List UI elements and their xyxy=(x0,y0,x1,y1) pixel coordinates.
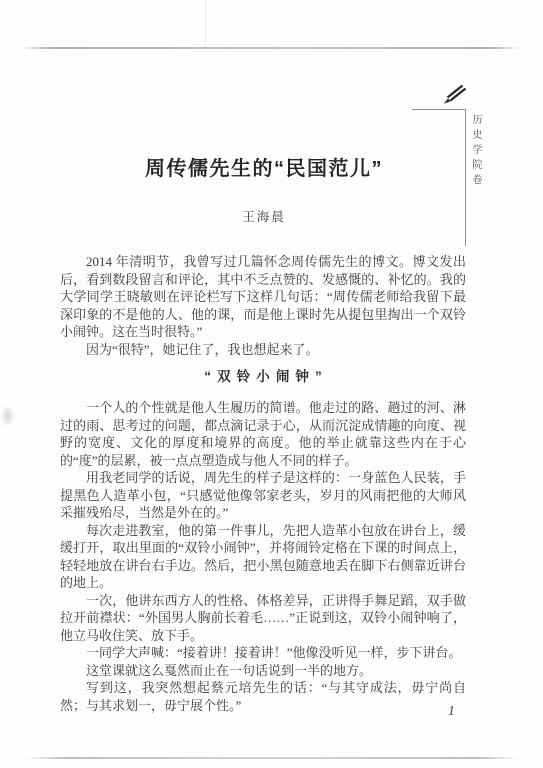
paragraph-section-4: 一次，他讲东西方人的性格、体格差异，正讲得手舞足蹈，双手做拉开前襟状：“外国男人… xyxy=(60,592,466,645)
article-author: 王海晨 xyxy=(0,207,528,225)
paragraph-section-2: 用我老同学的话说，周先生的样子是这样的：一身蓝色人民装，手提黑色人造革小包，“只… xyxy=(60,469,466,522)
page-number: 1 xyxy=(448,703,455,719)
paragraph-section-3: 每次走进教室，他的第一件事儿，先把人造革小包放在讲台上，缓缓打开，取出里面的“双… xyxy=(60,522,466,592)
tab-border-horizontal xyxy=(412,109,466,110)
article-body: 2014 年清明节，我曾写过几篇怀念周传儒先生的博文。博文发出后，看到数段留言和… xyxy=(60,253,466,714)
scan-smudge xyxy=(4,408,11,424)
paragraph-section-5: 一同学大声喊：“接着讲！接着讲！”他像没听见一样，步下讲台。 xyxy=(60,644,466,662)
page-crease xyxy=(205,0,206,47)
page-bottom-edge-shadow xyxy=(25,757,519,759)
paragraph-section-6: 这堂课就这么戛然而止在一句话说到一半的地方。 xyxy=(60,662,466,680)
paragraph-intro-2: 因为“很特”，她记住了，我也想起来了。 xyxy=(60,341,466,359)
paragraph-intro-1: 2014 年清明节，我曾写过几篇怀念周传儒先生的博文。博文发出后，看到数段留言和… xyxy=(60,253,466,341)
paragraph-section-1: 一个人的个性就是他人生履历的简谱。他走过的路、趟过的河、淋过的雨、思考过的问题，… xyxy=(60,399,466,469)
paragraph-section-7: 写到这，我突然想起蔡元培先生的话：“与其守成法，毋宁尚自然；与其求划一，毋宁展个… xyxy=(60,679,466,714)
article-title: 周传儒先生的“民国范儿” xyxy=(0,152,528,181)
pencil-icon xyxy=(440,81,468,106)
section-heading: “双铃小闹钟” xyxy=(60,367,466,387)
book-page: 历史学院卷 周传儒先生的“民国范儿” 王海晨 2014 年清明节，我曾写过几篇怀… xyxy=(0,0,543,768)
page-top-edge-shadow xyxy=(22,47,521,49)
